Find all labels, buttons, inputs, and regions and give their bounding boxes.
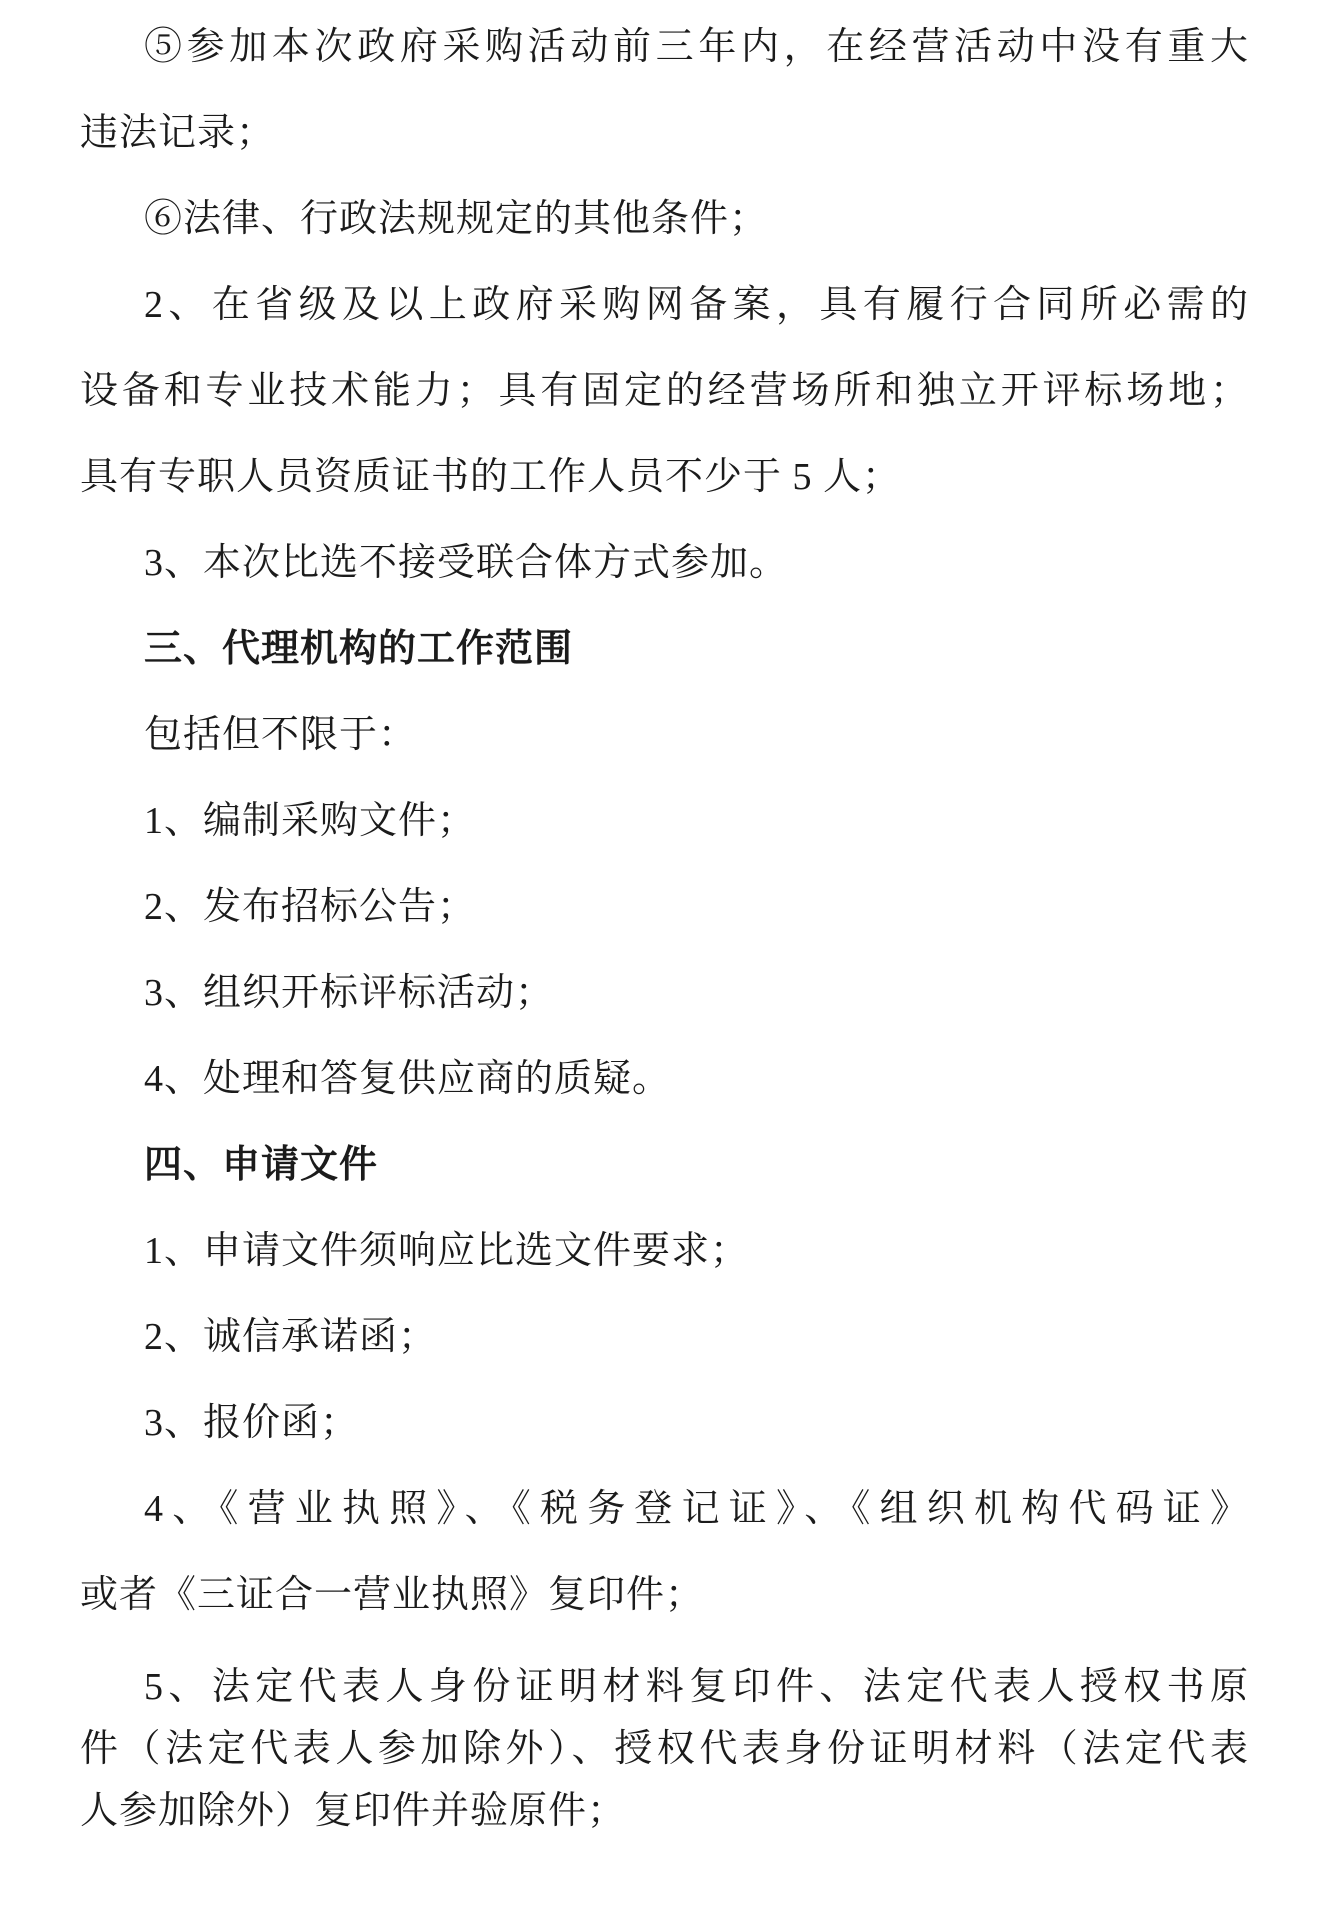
application-item-4-line-2: 或者《三证合一营业执照》复印件； [80, 1552, 1249, 1638]
scope-item-1: 1、编制采购文件； [80, 778, 1249, 864]
application-item-1: 1、申请文件须响应比选文件要求； [80, 1208, 1249, 1294]
application-item-5-line-2: 件（法定代表人参加除外）、授权代表身份证明材料（法定代表 [80, 1718, 1249, 1780]
scope-item-3: 3、组织开标评标活动； [80, 950, 1249, 1036]
clause-6: ⑥法律、行政法规规定的其他条件； [80, 176, 1249, 262]
application-item-5-line-3: 人参加除外）复印件并验原件； [80, 1780, 1249, 1842]
requirement-2-line-2: 设备和专业技术能力；具有固定的经营场所和独立开评标场地； [80, 348, 1249, 434]
scope-item-4: 4、处理和答复供应商的质疑。 [80, 1036, 1249, 1122]
section-3-heading: 三、代理机构的工作范围 [80, 606, 1249, 692]
application-item-5-line-1: 5、法定代表人身份证明材料复印件、法定代表人授权书原 [80, 1656, 1249, 1718]
requirement-2-line-3: 具有专职人员资质证书的工作人员不少于 5 人； [80, 434, 1249, 520]
scope-item-2: 2、发布招标公告； [80, 864, 1249, 950]
requirement-2-line-1: 2、在省级及以上政府采购网备案，具有履行合同所必需的 [80, 262, 1249, 348]
application-item-3: 3、报价函； [80, 1380, 1249, 1466]
section-4-heading: 四、申请文件 [80, 1122, 1249, 1208]
application-item-2: 2、诚信承诺函； [80, 1294, 1249, 1380]
clause-5-line-1: ⑤参加本次政府采购活动前三年内，在经营活动中没有重大 [80, 4, 1249, 90]
scope-intro: 包括但不限于： [80, 692, 1249, 778]
clause-5-line-2: 违法记录； [80, 90, 1249, 176]
document-page: ⑤参加本次政府采购活动前三年内，在经营活动中没有重大 违法记录； ⑥法律、行政法… [0, 0, 1323, 1913]
application-item-4-line-1: 4、《营业执照》、《税务登记证》、《组织机构代码证》 [80, 1466, 1249, 1552]
requirement-3: 3、本次比选不接受联合体方式参加。 [80, 520, 1249, 606]
